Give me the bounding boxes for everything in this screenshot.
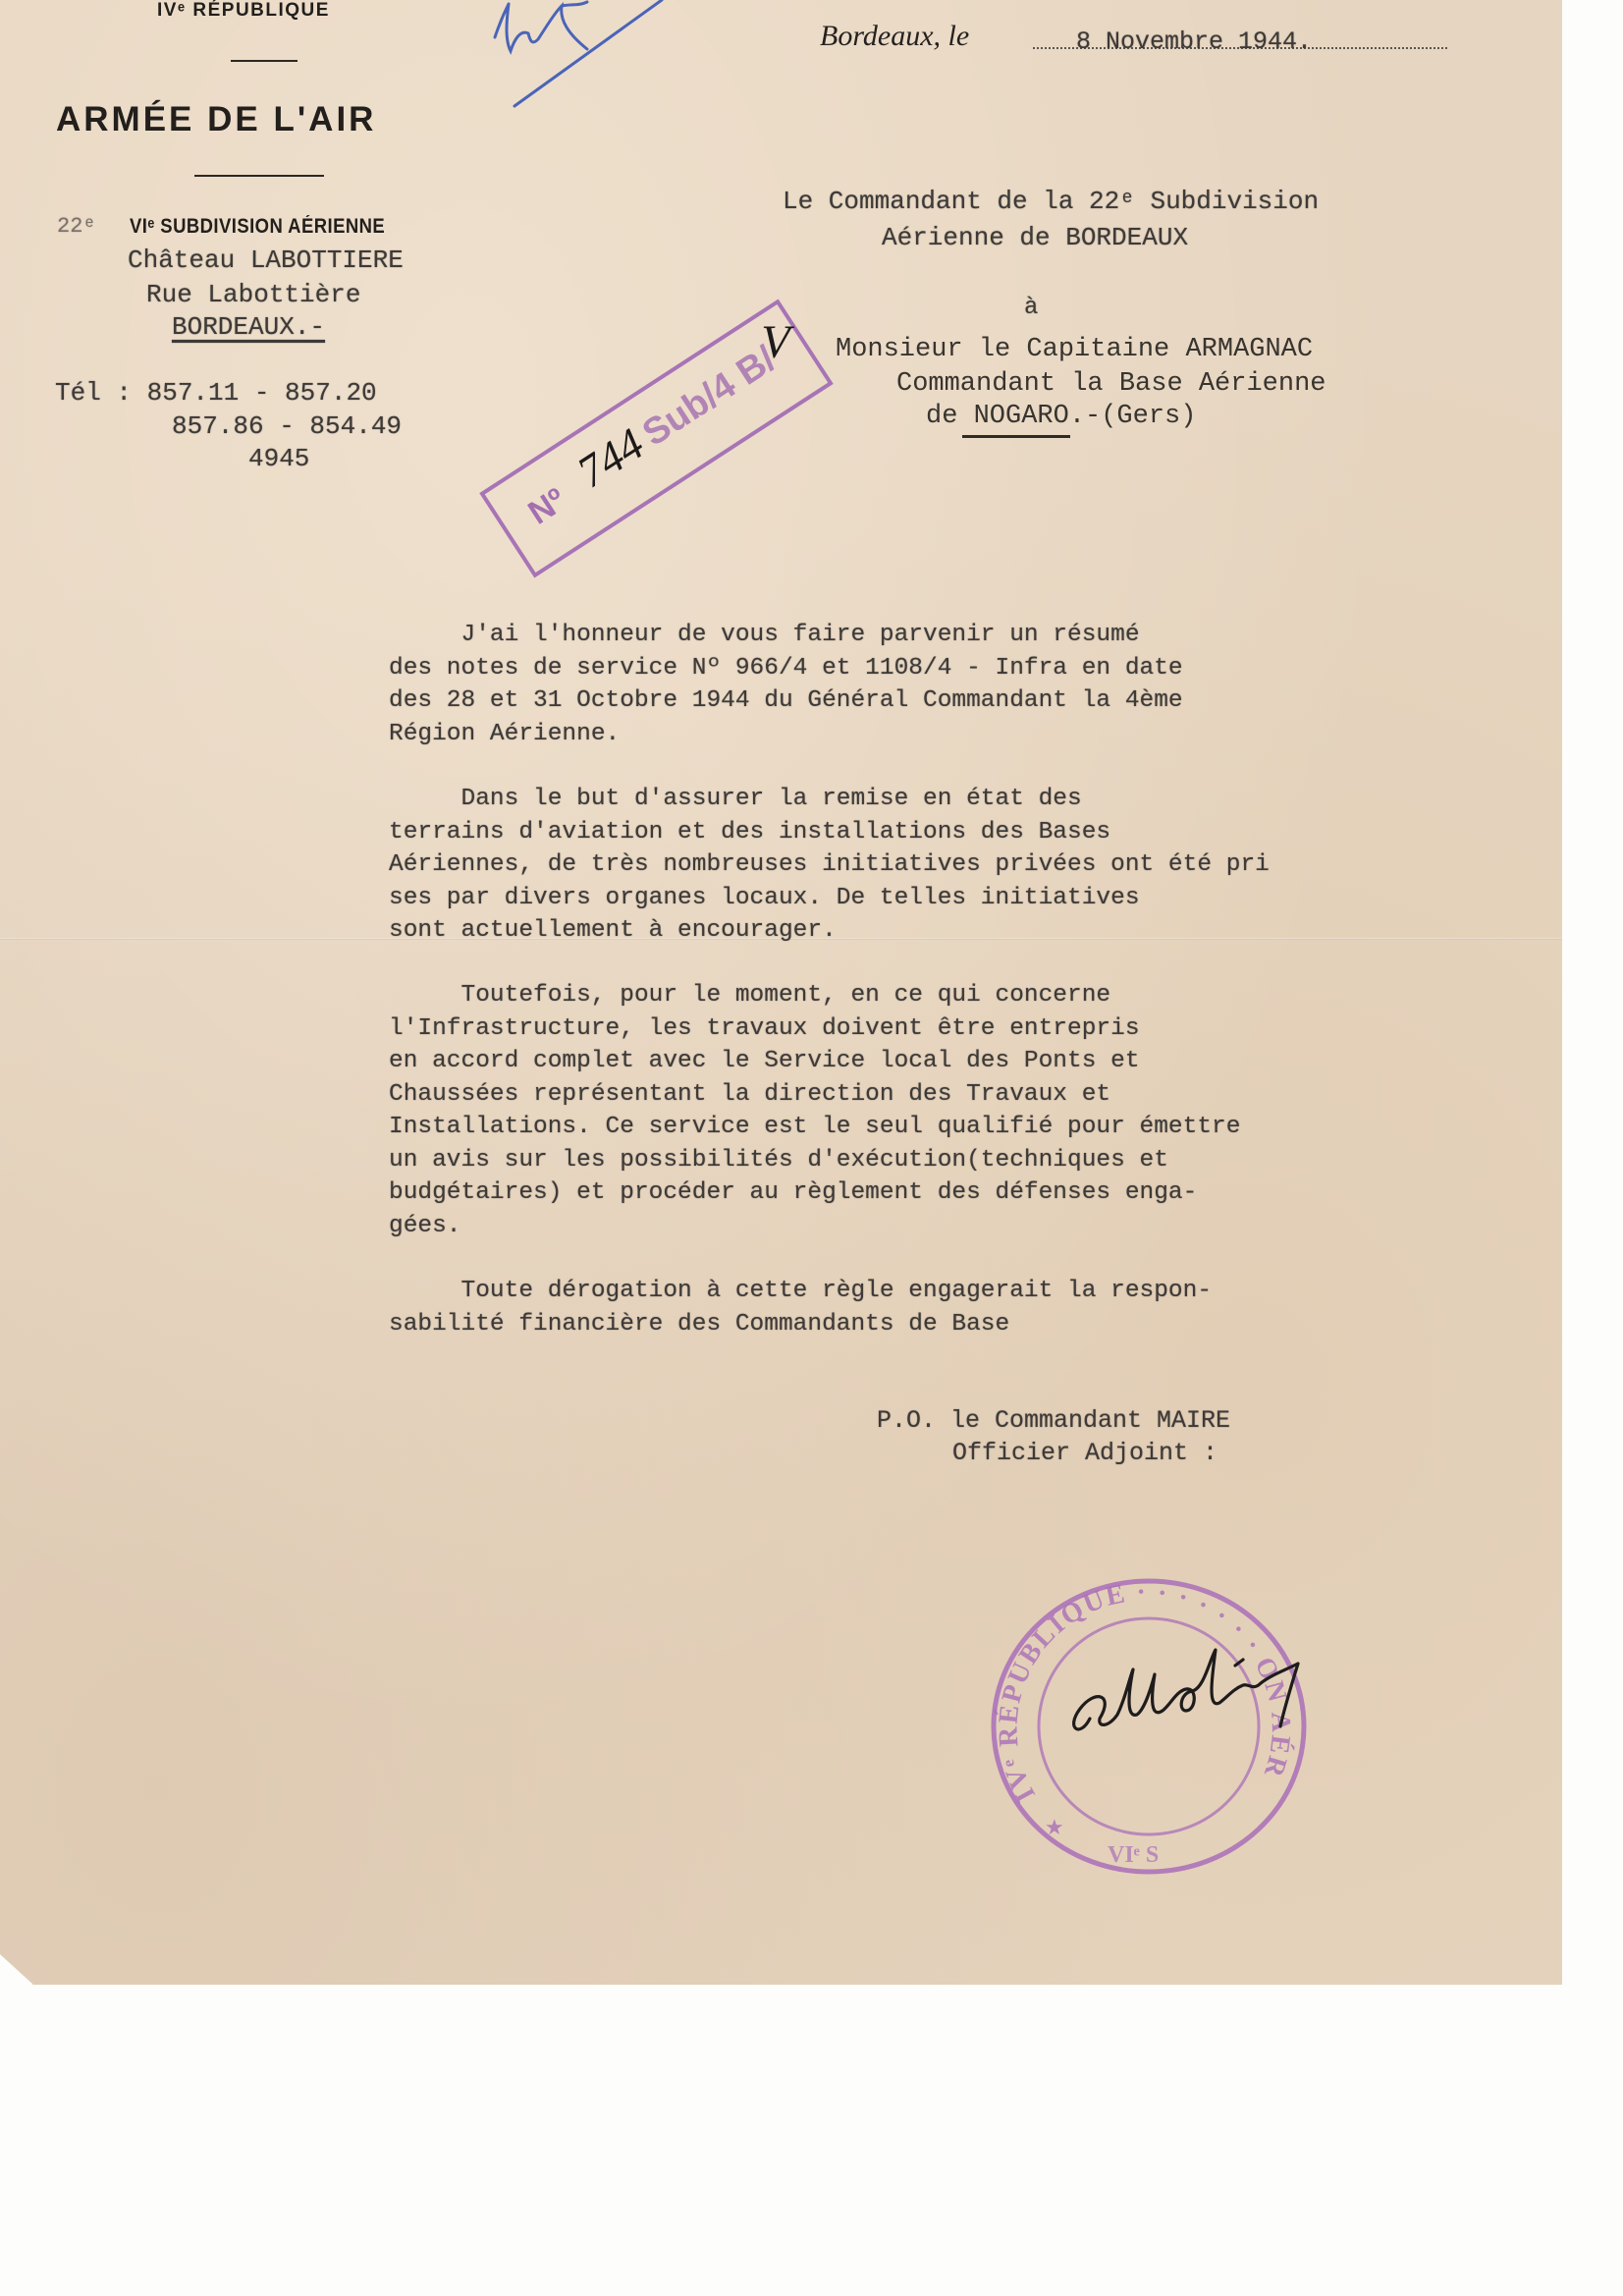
sender-line-1: Le Commandant de la 22ᵉ Subdivision bbox=[783, 187, 1319, 216]
recipient-line-1: Monsieur le Capitaine ARMAGNAC bbox=[836, 335, 1313, 364]
telephone-line-1: Tél : 857.11 - 857.20 bbox=[55, 378, 377, 408]
letter-date: 8 Novembre 1944. bbox=[1076, 27, 1312, 56]
handwritten-annotation-icon bbox=[452, 0, 668, 113]
to-label: à bbox=[1024, 295, 1038, 321]
address-line-1: Château LABOTTIERE bbox=[128, 246, 404, 275]
svg-text:★: ★ bbox=[1045, 1816, 1064, 1840]
letter-page: IVᵉ RÉPUBLIQUE ARMÉE DE L'AIR 22ᵉ VIᵉ SU… bbox=[0, 0, 1562, 1985]
divider bbox=[231, 60, 298, 62]
dateline-place: Bordeaux, le bbox=[820, 20, 969, 53]
registration-stamp: Nº 744 Sub/4 B/ V bbox=[479, 299, 834, 577]
body-paragraph-3: Toutefois, pour le moment, en ce qui con… bbox=[389, 979, 1240, 1242]
subdivision-printed: VIᵉ SUBDIVISION AÉRIENNE bbox=[130, 215, 385, 239]
stamp-roman-numeral: V bbox=[761, 315, 789, 369]
address-line-2: Rue Labottière bbox=[146, 280, 360, 309]
stamp-number-prefix: Nº bbox=[521, 481, 572, 533]
stamp-handwritten-number: 744 bbox=[568, 417, 653, 498]
subdivision-typed-number: 22ᵉ bbox=[57, 214, 96, 239]
body-paragraph-1: J'ai l'honneur de vous faire parvenir un… bbox=[389, 619, 1183, 750]
telephone-line-2: 857.86 - 854.49 bbox=[172, 411, 402, 441]
handwritten-signature-icon bbox=[1060, 1620, 1316, 1758]
recipient-line-2: Commandant la Base Aérienne bbox=[896, 369, 1325, 399]
svg-text:VIᵉ S: VIᵉ S bbox=[1108, 1842, 1159, 1868]
body-paragraph-4: Toute dérogation à cette règle engagerai… bbox=[389, 1275, 1212, 1340]
address-line-3: BORDEAUX.- bbox=[172, 312, 325, 342]
signature-line-2: Officier Adjoint : bbox=[952, 1439, 1217, 1467]
signature-line-1: P.O. le Commandant MAIRE bbox=[877, 1406, 1230, 1435]
letterhead-armee: ARMÉE DE L'AIR bbox=[56, 100, 376, 139]
letterhead-republique: IVᵉ RÉPUBLIQUE bbox=[157, 0, 330, 22]
sender-line-2: Aérienne de BORDEAUX bbox=[882, 223, 1188, 252]
recipient-line-3: de NOGARO.-(Gers) bbox=[926, 402, 1196, 431]
body-paragraph-2: Dans le but d'assurer la remise en état … bbox=[389, 783, 1270, 948]
telephone-line-3: 4945 bbox=[248, 444, 309, 473]
nogaro-underline bbox=[962, 435, 1070, 438]
divider bbox=[194, 175, 324, 177]
